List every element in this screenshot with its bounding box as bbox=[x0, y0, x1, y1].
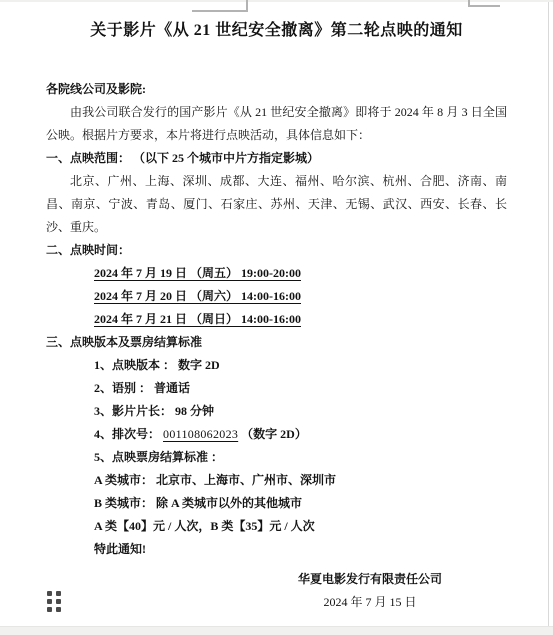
dot bbox=[47, 591, 52, 596]
document-page: 关于影片《从 21 世纪安全撤离》第二轮点映的通知 各院线公司及影院: 由我公司… bbox=[0, 0, 553, 635]
closing-statement: 特此通知! bbox=[46, 538, 507, 561]
item-language: 2、语别 ： 普通话 bbox=[46, 377, 507, 400]
scan-artifact-dots bbox=[47, 591, 61, 612]
crop-mark-left bbox=[192, 0, 248, 12]
intro-paragraph: 由我公司联合发行的国产影片《从 21 世纪安全撤离》即将于 2024 年 8 月… bbox=[46, 101, 507, 147]
crop-mark-right bbox=[468, 0, 500, 7]
salutation: 各院线公司及影院: bbox=[46, 78, 507, 101]
screening-time-1: 2024 年 7 月 19 日 （周五） 19:00-20:00 bbox=[46, 262, 507, 285]
item-pricing-standard: 5、点映票房结算标准 ： bbox=[46, 446, 507, 469]
signature-block: 华夏电影发行有限责任公司 2024 年 7 月 15 日 bbox=[270, 568, 470, 614]
class-b-cities: B 类城市： 除 A 类城市以外的其他城市 bbox=[46, 492, 507, 515]
dot bbox=[56, 599, 61, 604]
item-duration: 3、影片片长： 98 分钟 bbox=[46, 400, 507, 423]
page-right-edge bbox=[548, 2, 549, 627]
dot bbox=[56, 591, 61, 596]
item-serial: 4、排次号： 001108062023 （数字 2D） bbox=[46, 423, 507, 446]
page-bottom-edge bbox=[0, 626, 553, 635]
price-per-person: A 类【40】元 / 人次，B 类【35】元 / 人次 bbox=[46, 515, 507, 538]
screening-time-2: 2024 年 7 月 20 日 （周六） 14:00-16:00 bbox=[46, 285, 507, 308]
serial-suffix: （数字 2D） bbox=[238, 427, 307, 441]
dot bbox=[47, 607, 52, 612]
serial-number: 001108062023 bbox=[163, 427, 238, 441]
document-title: 关于影片《从 21 世纪安全撤离》第二轮点映的通知 bbox=[46, 20, 507, 42]
section-settlement-heading: 三、点映版本及票房结算标准 bbox=[46, 331, 507, 354]
section-scope-heading: 一、点映范围： （以下 25 个城市中片方指定影城） bbox=[46, 147, 507, 170]
screening-time-3: 2024 年 7 月 21 日 （周日） 14:00-16:00 bbox=[46, 308, 507, 331]
dot bbox=[56, 607, 61, 612]
company-name: 华夏电影发行有限责任公司 bbox=[270, 568, 470, 591]
serial-label: 4、排次号： bbox=[94, 427, 163, 441]
dot bbox=[47, 599, 52, 604]
signature-date: 2024 年 7 月 15 日 bbox=[270, 591, 470, 614]
city-list: 北京、广州、上海、深圳、成都、大连、福州、哈尔滨、杭州、合肥、济南、南昌、南京、… bbox=[46, 170, 507, 239]
section-schedule-heading: 二、点映时间： bbox=[46, 239, 507, 262]
class-a-cities: A 类城市： 北京市、上海市、广州市、深圳市 bbox=[46, 469, 507, 492]
notice-document: 关于影片《从 21 世纪安全撤离》第二轮点映的通知 各院线公司及影院: 由我公司… bbox=[0, 0, 553, 614]
item-version: 1、点映版本 ： 数字 2D bbox=[46, 354, 507, 377]
